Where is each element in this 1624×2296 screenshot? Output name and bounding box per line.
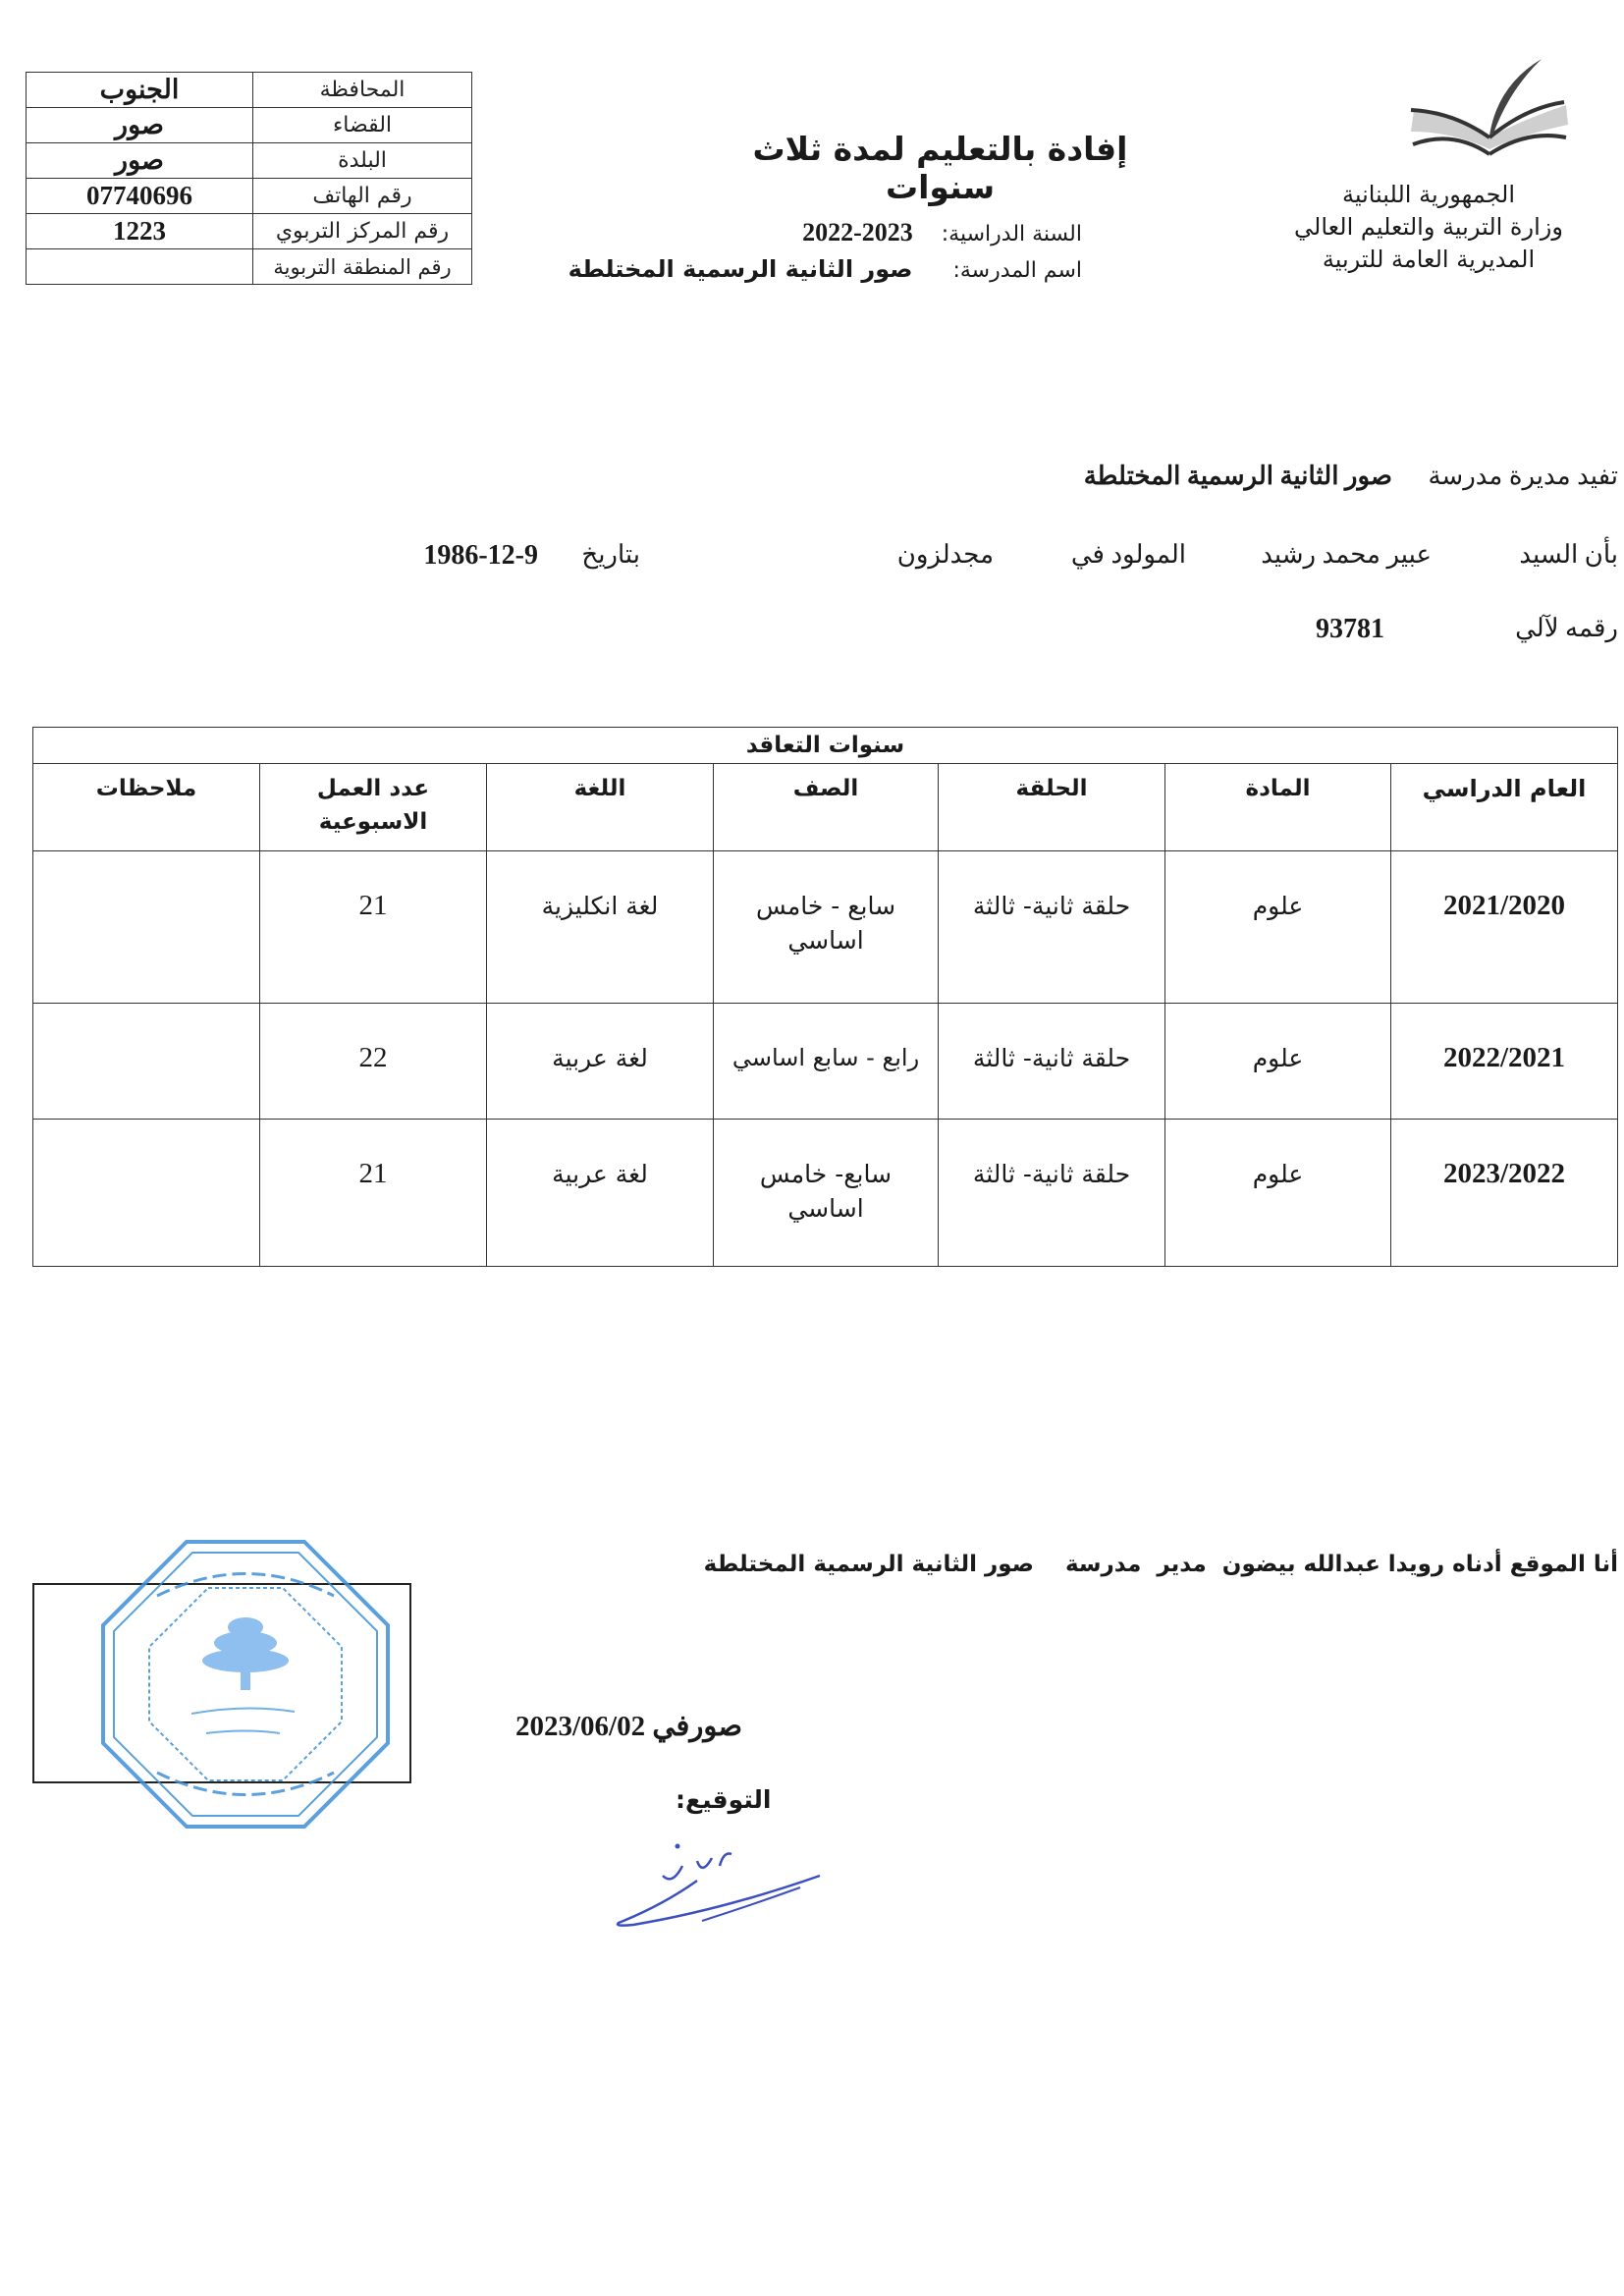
handwritten-signature-icon (604, 1836, 830, 1935)
table-title: سنوات التعاقد (33, 728, 1618, 764)
ministry-line: المديرية العامة للتربية (1267, 244, 1591, 276)
info-value: الجنوب (27, 73, 253, 108)
cell-weekly-hours: 22 (260, 1004, 487, 1120)
cell-grade: رابع - سابع اساسي (714, 1004, 939, 1120)
info-value: 07740696 (27, 179, 253, 214)
info-row-town: البلدة صور (27, 143, 472, 179)
birthplace: مجدلزون (897, 540, 994, 570)
cell-weekly-hours: 21 (260, 851, 487, 1004)
cell-language: لغة عربية (487, 1004, 714, 1120)
column-header: عدد العمل الاسبوعية (260, 764, 487, 851)
open-book-logo-icon (1399, 51, 1576, 159)
cell-grade: سابع - خامس اساسي (714, 851, 939, 1004)
registration-number: 93781 (1316, 614, 1384, 645)
info-row-region-number: رقم المنطقة التربوية (27, 249, 472, 285)
official-stamp-icon (98, 1537, 393, 1831)
cell-notes (33, 1004, 260, 1120)
cell-language: لغة عربية (487, 1120, 714, 1267)
info-label: رقم المركز التربوي (253, 214, 472, 249)
ministry-header: الجمهورية اللبنانية وزارة التربية والتعل… (1267, 179, 1591, 276)
info-label: رقم المنطقة التربوية (253, 249, 472, 285)
school-name-value: صور الثانية الرسمية المختلطة (568, 255, 913, 283)
school-year-label: السنة الدراسية: (942, 222, 1082, 246)
table-header-row: العام الدراسي المادة الحلقة الصف اللغة ع… (33, 764, 1618, 851)
school-info-table: المحافظة الجنوب القضاء صور البلدة صور رق… (26, 72, 472, 285)
column-header: ملاحظات (33, 764, 260, 851)
born-in-label: المولود في (1071, 540, 1186, 570)
registration-label: رقمه لآلي (1515, 614, 1618, 643)
info-value (27, 249, 253, 285)
date-label: بتاريخ (581, 540, 640, 570)
column-header: الحلقة (939, 764, 1165, 851)
info-label: رقم الهاتف (253, 179, 472, 214)
document-title: إفادة بالتعليم لمدة ثلاث سنوات (746, 130, 1134, 206)
person-label: بأن السيد (1519, 540, 1618, 570)
cell-subject: علوم (1165, 1004, 1391, 1120)
person-name: عبير محمد رشيد (1261, 540, 1432, 570)
school-name-label: اسم المدرسة: (952, 258, 1082, 283)
info-value: 1223 (27, 214, 253, 249)
column-header: المادة (1165, 764, 1391, 851)
cell-notes (33, 1120, 260, 1267)
table-row: 2021/2020 علوم حلقة ثانية- ثالثة سابع - … (33, 851, 1618, 1004)
place-and-date: صورفي 2023/06/02 (515, 1709, 742, 1743)
cell-grade: سابع- خامس اساسي (714, 1120, 939, 1267)
cell-year: 2022/2021 (1391, 1004, 1618, 1120)
school-name-line: اسم المدرسة: صور الثانية الرسمية المختلط… (568, 255, 1082, 283)
info-row-phone: رقم الهاتف 07740696 (27, 179, 472, 214)
birth-date: 1986-12-9 (423, 540, 538, 572)
cell-subject: علوم (1165, 1120, 1391, 1267)
cell-weekly-hours: 21 (260, 1120, 487, 1267)
cell-cycle: حلقة ثانية- ثالثة (939, 1004, 1165, 1120)
person-line: بأن السيد عبير محمد رشيد المولود في مجدل… (342, 540, 1618, 579)
signatory-declaration: أنا الموقع أدناه رويدا عبدالله بيضون مدي… (704, 1552, 1618, 1577)
column-header: الصف (714, 764, 939, 851)
info-value: صور (27, 108, 253, 143)
registration-line: رقمه لآلي 93781 (1225, 614, 1618, 653)
school-year-value: 2023-2022 (802, 218, 913, 246)
contract-years-table: سنوات التعاقد العام الدراسي المادة الحلق… (32, 727, 1618, 1267)
attestation-line: تفيد مديرة مدرسة صور الثانية الرسمية الم… (1084, 462, 1618, 491)
cell-cycle: حلقة ثانية- ثالثة (939, 1120, 1165, 1267)
cell-year: 2023/2022 (1391, 1120, 1618, 1267)
cell-notes (33, 851, 260, 1004)
column-header: اللغة (487, 764, 714, 851)
info-value: صور (27, 143, 253, 179)
info-row-center-number: رقم المركز التربوي 1223 (27, 214, 472, 249)
attestation-school: صور الثانية الرسمية المختلطة (1084, 462, 1392, 490)
attestation-label: تفيد مديرة مدرسة (1428, 462, 1618, 490)
info-label: القضاء (253, 108, 472, 143)
ministry-line: وزارة التربية والتعليم العالي (1267, 211, 1591, 244)
info-row-governorate: المحافظة الجنوب (27, 73, 472, 108)
cell-year: 2021/2020 (1391, 851, 1618, 1004)
table-row: 2022/2021 علوم حلقة ثانية- ثالثة رابع - … (33, 1004, 1618, 1120)
column-header: العام الدراسي (1391, 764, 1618, 851)
cell-subject: علوم (1165, 851, 1391, 1004)
info-label: المحافظة (253, 73, 472, 108)
ministry-line: الجمهورية اللبنانية (1267, 179, 1591, 211)
school-year-line: السنة الدراسية: 2023-2022 (802, 218, 1082, 247)
info-label: البلدة (253, 143, 472, 179)
cell-cycle: حلقة ثانية- ثالثة (939, 851, 1165, 1004)
info-row-district: القضاء صور (27, 108, 472, 143)
cell-language: لغة انكليزية (487, 851, 714, 1004)
signature-label: التوقيع: (676, 1785, 772, 1814)
table-row: 2023/2022 علوم حلقة ثانية- ثالثة سابع- خ… (33, 1120, 1618, 1267)
